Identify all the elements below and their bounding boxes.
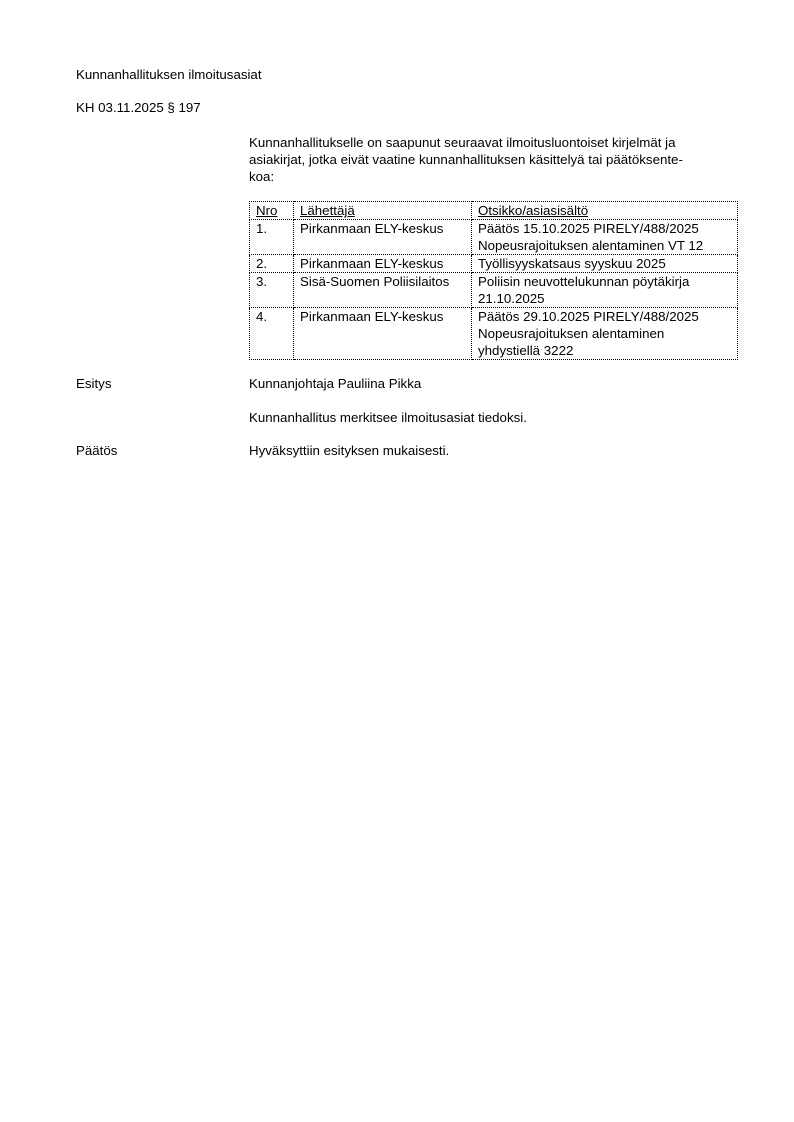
intro-line: koa: bbox=[249, 168, 739, 185]
cell-sender: Pirkanmaan ELY-keskus bbox=[294, 255, 472, 273]
subject-line: Päätös 15.10.2025 PIRELY/488/2025 bbox=[478, 220, 737, 237]
cell-subject: Päätös 15.10.2025 PIRELY/488/2025 Nopeus… bbox=[472, 220, 738, 255]
cell-subject: Työllisyyskatsaus syyskuu 2025 bbox=[472, 255, 738, 273]
table-row: 4. Pirkanmaan ELY-keskus Päätös 29.10.20… bbox=[250, 308, 738, 360]
meeting-reference: KH 03.11.2025 § 197 bbox=[76, 99, 201, 116]
esitys-presenter: Kunnanjohtaja Pauliina Pikka bbox=[249, 375, 421, 392]
notices-table: Nro Lähettäjä Otsikko/asiasisältö 1. Pir… bbox=[249, 201, 738, 360]
cell-nro: 3. bbox=[250, 273, 294, 308]
subject-line: Poliisin neuvottelukunnan pöytäkirja bbox=[478, 273, 737, 290]
header-subject: Otsikko/asiasisältö bbox=[472, 202, 738, 220]
cell-subject: Poliisin neuvottelukunnan pöytäkirja 21.… bbox=[472, 273, 738, 308]
subject-line: Nopeusrajoituksen alentaminen VT 12 bbox=[478, 237, 737, 254]
document-title: Kunnanhallituksen ilmoitusasiat bbox=[76, 66, 262, 83]
subject-line: yhdystiellä 3222 bbox=[478, 342, 737, 359]
subject-line: Työllisyyskatsaus syyskuu 2025 bbox=[478, 255, 737, 272]
paatos-text: Hyväksyttiin esityksen mukaisesti. bbox=[249, 442, 449, 459]
table-row: 2. Pirkanmaan ELY-keskus Työllisyyskatsa… bbox=[250, 255, 738, 273]
cell-nro: 2. bbox=[250, 255, 294, 273]
cell-sender: Pirkanmaan ELY-keskus bbox=[294, 308, 472, 360]
cell-sender: Sisä-Suomen Poliisilaitos bbox=[294, 273, 472, 308]
subject-line: 21.10.2025 bbox=[478, 290, 737, 307]
header-sender: Lähettäjä bbox=[294, 202, 472, 220]
intro-line: Kunnanhallitukselle on saapunut seuraava… bbox=[249, 134, 739, 151]
esitys-text: Kunnanhallitus merkitsee ilmoitusasiat t… bbox=[249, 409, 527, 426]
table-header-row: Nro Lähettäjä Otsikko/asiasisältö bbox=[250, 202, 738, 220]
esitys-label: Esitys bbox=[76, 375, 111, 392]
table-row: 3. Sisä-Suomen Poliisilaitos Poliisin ne… bbox=[250, 273, 738, 308]
table-row: 1. Pirkanmaan ELY-keskus Päätös 15.10.20… bbox=[250, 220, 738, 255]
intro-line: asiakirjat, jotka eivät vaatine kunnanha… bbox=[249, 151, 739, 168]
paatos-label: Päätös bbox=[76, 442, 117, 459]
cell-nro: 1. bbox=[250, 220, 294, 255]
intro-paragraph: Kunnanhallitukselle on saapunut seuraava… bbox=[249, 134, 739, 185]
cell-subject: Päätös 29.10.2025 PIRELY/488/2025 Nopeus… bbox=[472, 308, 738, 360]
subject-line: Nopeusrajoituksen alentaminen bbox=[478, 325, 737, 342]
cell-nro: 4. bbox=[250, 308, 294, 360]
subject-line: Päätös 29.10.2025 PIRELY/488/2025 bbox=[478, 308, 737, 325]
cell-sender: Pirkanmaan ELY-keskus bbox=[294, 220, 472, 255]
header-nro: Nro bbox=[250, 202, 294, 220]
